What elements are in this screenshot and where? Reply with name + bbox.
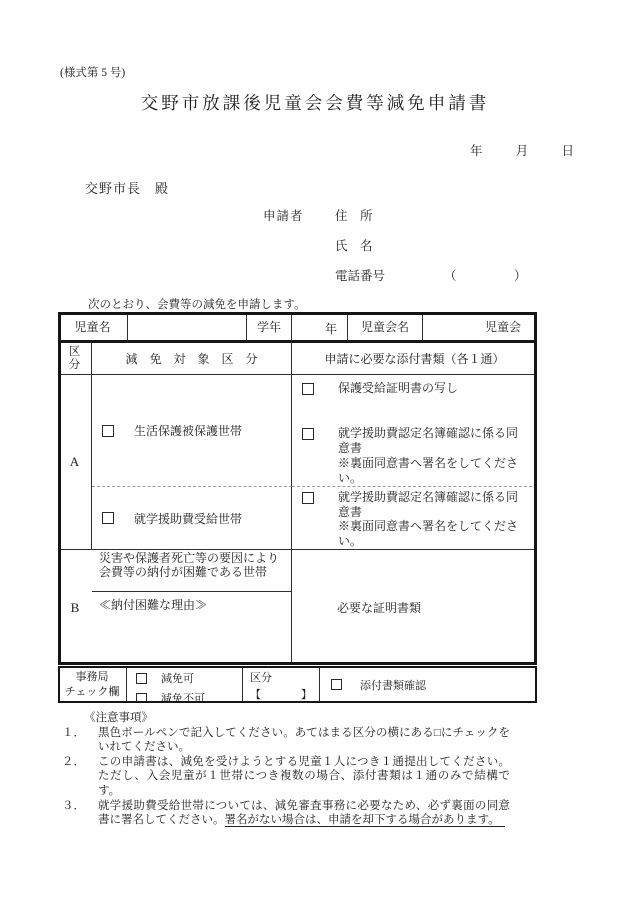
- office-label-line2: チェック欄: [65, 685, 120, 700]
- docs-hardship-cell: 必要な証明書類: [292, 550, 537, 665]
- phone-label: 電話番号: [335, 266, 385, 284]
- target-hardship-household: 災害や保護者死亡等の要因により会費等の納付が困難である世帯: [92, 550, 292, 592]
- intro-text: 次のとおり、会費等の減免を申請します。: [88, 296, 306, 312]
- bracket-close: 】: [301, 686, 312, 702]
- bracket-open: 【: [250, 686, 261, 702]
- office-category-label: 区分: [250, 669, 312, 685]
- name-label: 氏 名: [335, 236, 373, 254]
- grade-label-text: 学年: [257, 318, 281, 335]
- notes-heading: 《注意事項》: [62, 711, 542, 726]
- grade-suffix: 年: [325, 320, 337, 337]
- docs-school-aid-cell: 就学援助費認定名簿確認に係る同意書 ※裏面同意書へ署名をしてください。: [292, 487, 537, 550]
- office-decision-cell: 減免可 減免不可: [127, 666, 243, 703]
- doc-item-consent-2: 就学援助費認定名簿確認に係る同意書 ※裏面同意書へ署名をしてください。: [292, 490, 537, 548]
- applicant-label: 申請者: [263, 206, 304, 224]
- checkbox-protection-copy[interactable]: [302, 383, 314, 395]
- phone-paren-open: （: [444, 266, 457, 284]
- target-column-header: 減 免 対 象 区 分: [92, 343, 292, 375]
- docs-welfare-cell: 保護受給証明書の写し 就学援助費認定名簿確認に係る同意書 ※裏面同意書へ署名をし…: [292, 375, 537, 487]
- page-title: 交野市放課後児童会会費等減免申請書: [0, 90, 630, 115]
- club-suffix: 児童会: [485, 318, 521, 335]
- doc-item-protection-copy: 保護受給証明書の写し: [292, 381, 537, 396]
- doc-consent-2-text: 就学援助費認定名簿確認に係る同意書: [338, 490, 518, 519]
- note-3-underlined: 署名がない場合は、申請を却下する場合があります。: [225, 814, 505, 827]
- note-3-number: ３．: [62, 799, 98, 828]
- office-docs-confirm-cell: 添付書類確認: [320, 666, 537, 703]
- child-name-label: 児童名: [58, 312, 128, 343]
- notes-section: 《注意事項》 １． 黒色ボールペンで記入してください。あてはまる区分の横にある□…: [62, 711, 542, 828]
- approve-label: 減免可: [161, 670, 194, 686]
- checkbox-deny[interactable]: [136, 693, 147, 704]
- target-welfare-label: 生活保護被保護世帯: [134, 422, 242, 439]
- office-label-line1: 事務局: [76, 670, 109, 685]
- checkbox-consent-1[interactable]: [302, 428, 314, 440]
- note-2-number: ２．: [62, 755, 98, 799]
- doc-consent-2-note: ※裏面同意書へ署名をしてください。: [338, 519, 522, 548]
- docs-confirm-label: 添付書類確認: [360, 677, 426, 693]
- note-item-1: １． 黒色ボールペンで記入してください。あてはまる区分の横にある□にチェックをい…: [62, 726, 542, 755]
- doc-item-consent-1: 就学援助費認定名簿確認に係る同意書 ※裏面同意書へ署名をしてください。: [292, 426, 537, 486]
- addressee: 交野市長 殿: [85, 178, 169, 197]
- checkbox-school-aid-household[interactable]: [102, 512, 114, 524]
- note-item-3: ３． 就学援助費受給世帯については、減免審査事務に必要なため、必ず裏面の同意書に…: [62, 799, 542, 828]
- deny-label: 減免不可: [161, 690, 205, 703]
- note-2-text: この申請書は、減免を受けようとする児童１人につき１通提出してください。ただし、入…: [98, 756, 510, 797]
- checkbox-docs-confirm[interactable]: [331, 679, 342, 690]
- club-name-input[interactable]: 児童会: [423, 312, 537, 343]
- phone-paren-close: ）: [514, 266, 527, 284]
- application-form-page: (様式第 5 号) 交野市放課後児童会会費等減免申請書 年 月 日 交野市長 殿…: [0, 0, 630, 903]
- note-1-text: 黒色ボールペンで記入してください。あてはまる区分の横にある□にチェックをいれてく…: [98, 727, 510, 754]
- exemption-table: 児童名 学年 年 児童会名 児童会 区分 減 免 対 象 区 分 申請に必要な添…: [58, 312, 537, 665]
- date-year-label: 年: [470, 141, 483, 159]
- docs-hardship-text: 必要な証明書類: [337, 599, 421, 616]
- name-field[interactable]: [400, 236, 570, 252]
- target-welfare-household: 生活保護被保護世帯: [92, 375, 292, 487]
- club-name-label: 児童会名: [348, 312, 423, 343]
- section-b-label: B: [58, 550, 92, 665]
- office-check-label: 事務局 チェック欄: [58, 666, 127, 703]
- documents-column-header: 申請に必要な添付書類（各１通）: [292, 343, 537, 375]
- target-hardship-text: 災害や保護者死亡等の要因により会費等の納付が困難である世帯: [99, 551, 283, 579]
- date-day-label: 日: [561, 141, 574, 159]
- address-label: 住 所: [335, 206, 373, 224]
- note-1-number: １．: [62, 726, 98, 755]
- hardship-reason-label: ≪納付困難な理由≫: [99, 598, 207, 612]
- doc-consent-1-text: 就学援助費認定名簿確認に係る同意書: [338, 426, 518, 455]
- grade-label: 学年: [247, 312, 292, 343]
- target-school-aid-label: 就学援助費受給世帯: [134, 510, 242, 527]
- category-column-header: 区分: [58, 343, 92, 375]
- doc-protection-copy-text: 保護受給証明書の写し: [338, 381, 522, 396]
- phone-field[interactable]: [458, 266, 512, 282]
- office-category-brackets: 【 】: [250, 686, 312, 702]
- section-a-label: A: [58, 375, 92, 550]
- checkbox-welfare-household[interactable]: [102, 425, 114, 437]
- note-item-2: ２． この申請書は、減免を受けようとする児童１人につき１通提出してください。ただ…: [62, 755, 542, 799]
- office-check-table: 事務局 チェック欄 減免可 減免不可 区分 【 】 添付書類確認: [58, 666, 537, 703]
- hardship-reason-field[interactable]: ≪納付困難な理由≫: [92, 592, 292, 665]
- grade-input[interactable]: 年: [292, 312, 348, 343]
- approve-line: 減免可: [136, 670, 242, 686]
- date-line: 年 月 日: [470, 141, 574, 159]
- checkbox-approve[interactable]: [136, 673, 147, 684]
- child-name-input[interactable]: [128, 312, 247, 343]
- doc-consent-1-note: ※裏面同意書へ署名をしてください。: [338, 456, 522, 486]
- address-field[interactable]: [400, 206, 570, 222]
- deny-line: 減免不可: [136, 690, 242, 703]
- office-category-field[interactable]: 区分 【 】: [243, 666, 320, 703]
- form-number: (様式第 5 号): [60, 64, 125, 80]
- target-school-aid-household: 就学援助費受給世帯: [92, 487, 292, 550]
- date-month-label: 月: [516, 141, 529, 159]
- checkbox-consent-2[interactable]: [302, 492, 314, 504]
